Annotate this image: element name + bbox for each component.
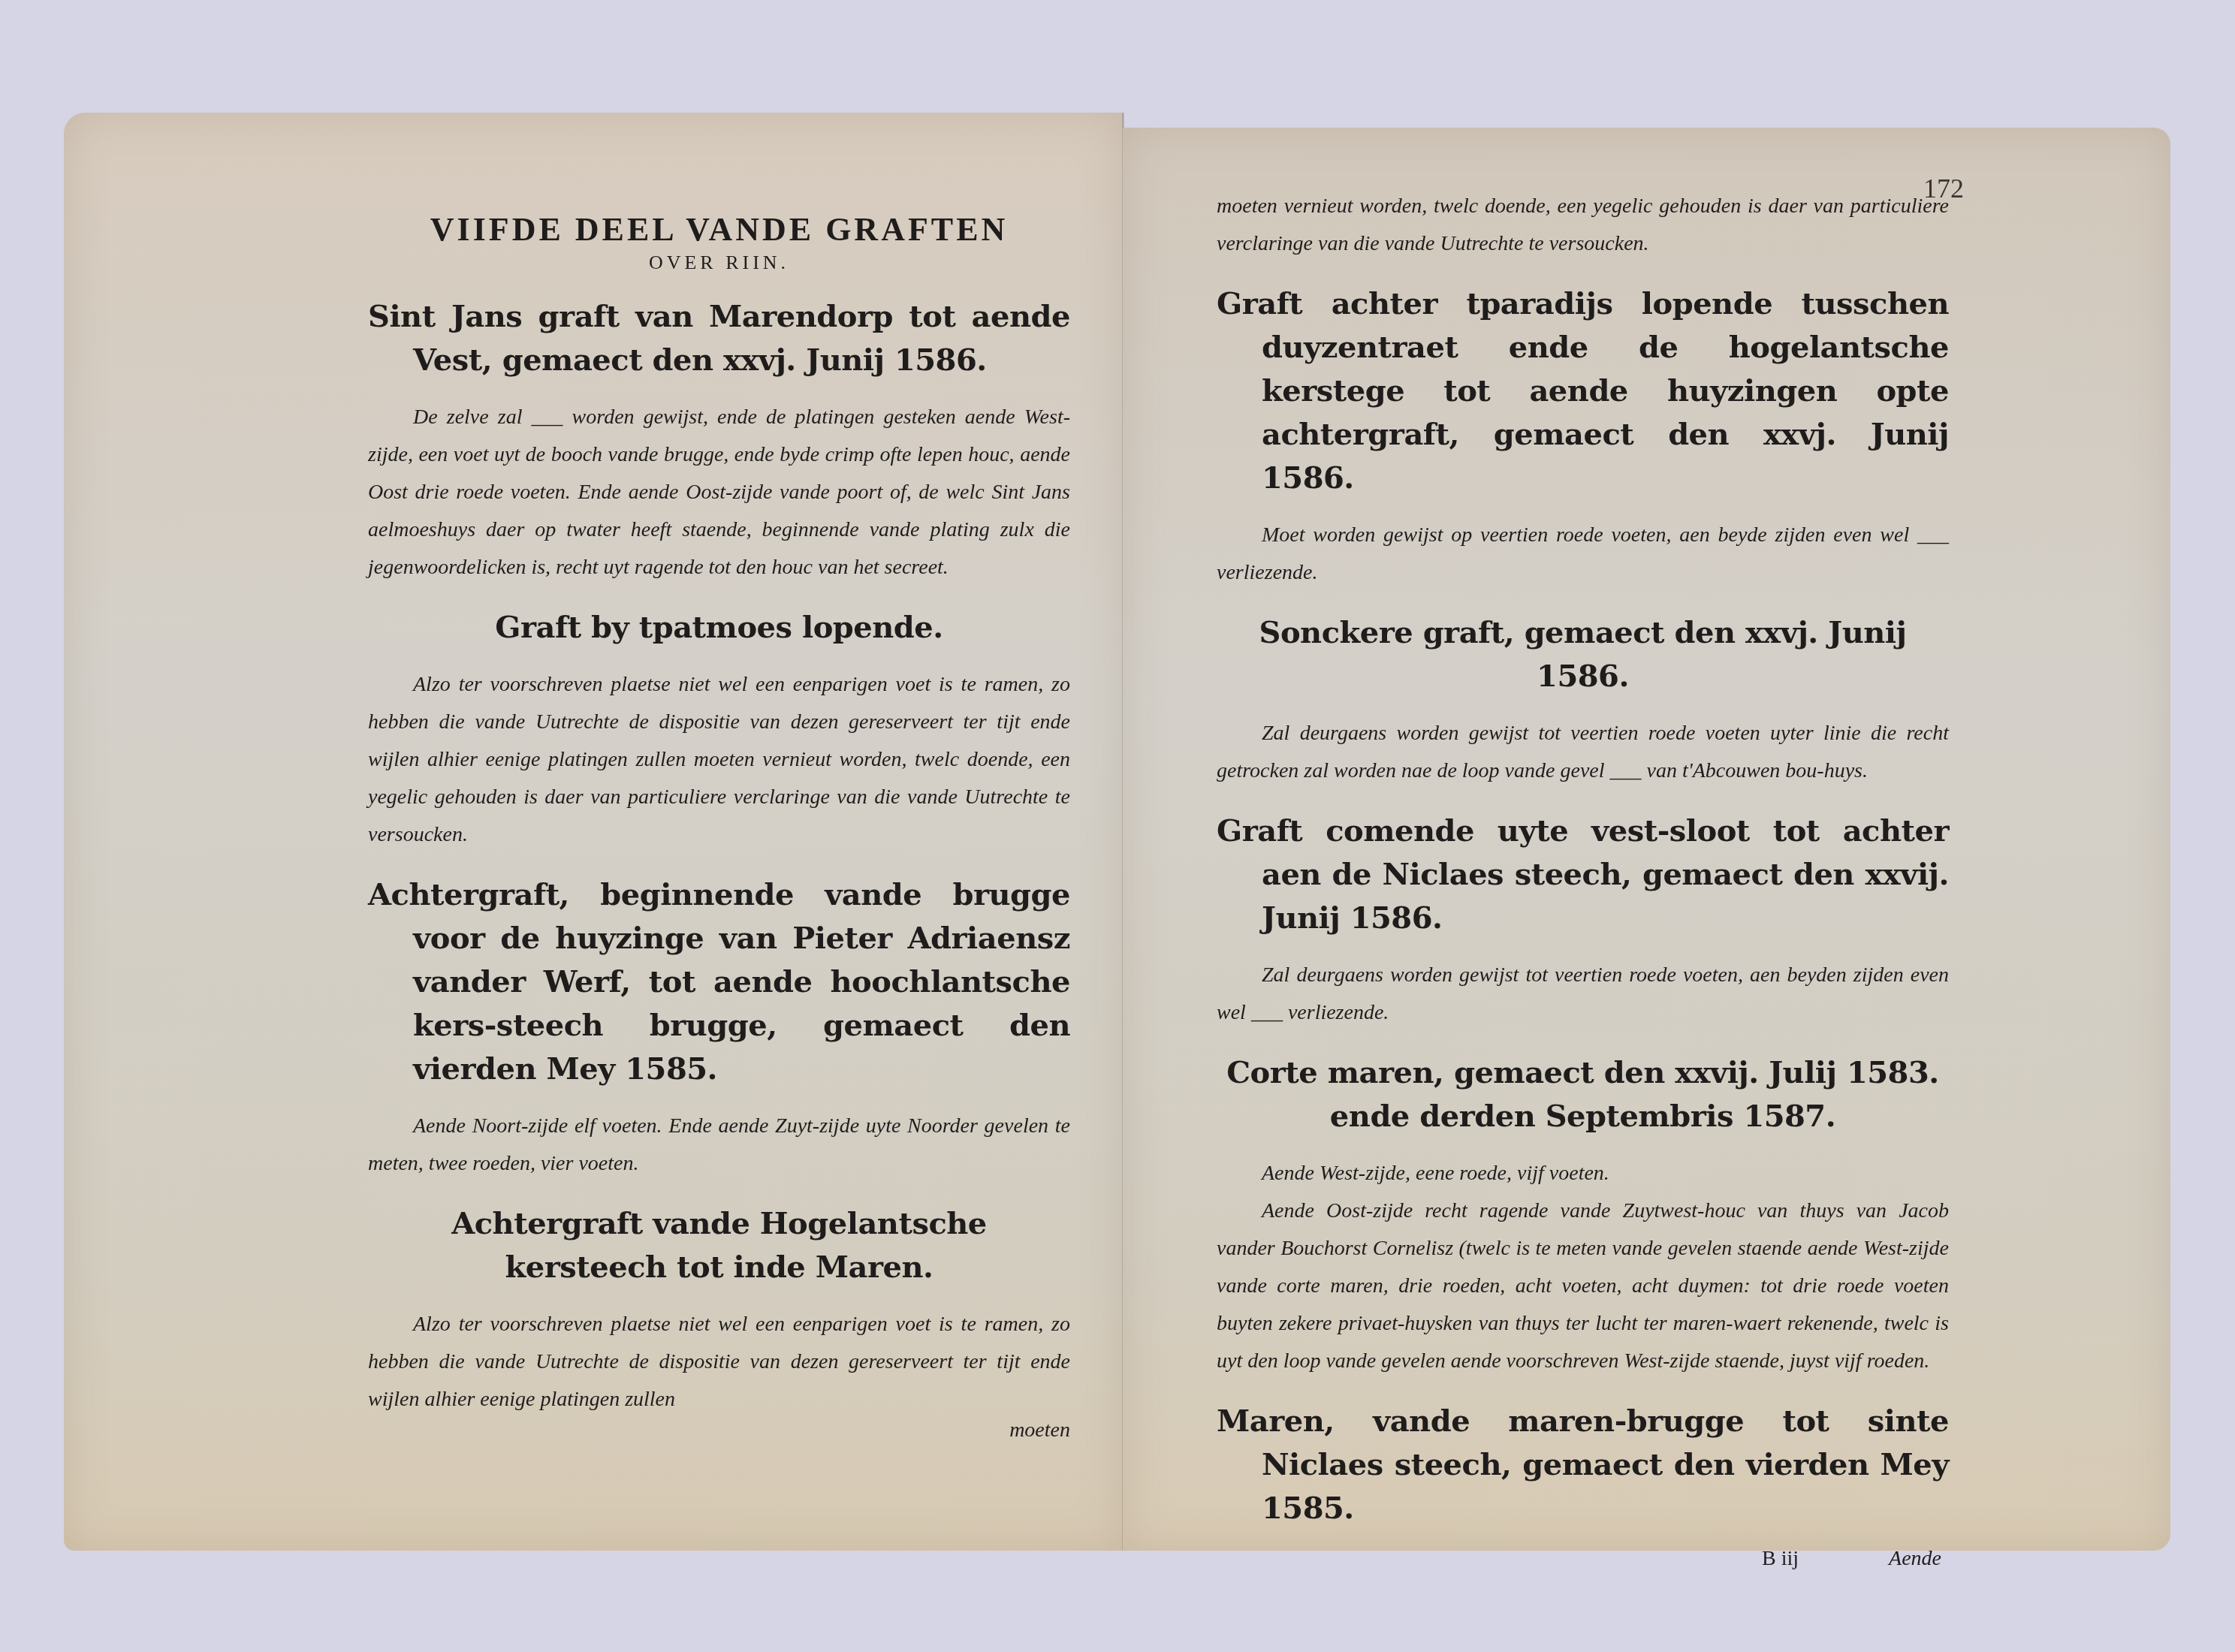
running-subhead: OVER RIIN. <box>368 252 1070 274</box>
catchword: Aende <box>1889 1547 1941 1571</box>
section-heading: Sonckere graft, gemaect den xxvj. Junij … <box>1217 611 1949 698</box>
book-spread: VIIFDE DEEL VANDE GRAFTEN OVER RIIN. Sin… <box>64 113 2170 1551</box>
folio-number: 172 <box>1923 173 1964 204</box>
section-body: Aende Noort-zijde elf voeten. Ende aende… <box>368 1108 1070 1183</box>
signature-mark: B iij <box>1762 1547 1799 1571</box>
catchword-text: moeten <box>1009 1418 1070 1442</box>
section-body: Zal deurgaens worden gewijst tot veertie… <box>1217 715 1949 790</box>
section-body-line: Aende West-zijde, eene roede, vijf voete… <box>1217 1155 1949 1192</box>
section-heading: Graft achter tparadijs lopende tusschen … <box>1217 282 1949 500</box>
right-text-column: 172 moeten vernieut worden, twelc doende… <box>1217 188 1949 1571</box>
catchword: moeten <box>368 1418 1070 1442</box>
section-body-line: Aende Oost-zijde recht ragende vande Zuy… <box>1217 1192 1949 1380</box>
section-heading: Maren, vande maren-brugge tot sinte Nicl… <box>1217 1400 1949 1530</box>
section-body: Alzo ter voorschreven plaetse niet wel e… <box>368 1306 1070 1418</box>
page-footer: B iij Aende <box>1217 1547 1949 1571</box>
section-heading: Corte maren, gemaect den xxvij. Julij 15… <box>1217 1051 1949 1138</box>
section-body: Moet worden gewijst op veertien roede vo… <box>1217 517 1949 592</box>
section-body: De zelve zal ___ worden gewijst, ende de… <box>368 399 1070 586</box>
section-body: Alzo ter voorschreven plaetse niet wel e… <box>368 666 1070 854</box>
right-page: 172 moeten vernieut worden, twelc doende… <box>1123 128 2170 1551</box>
section-body: Zal deurgaens worden gewijst tot veertie… <box>1217 957 1949 1032</box>
running-head: VIIFDE DEEL VANDE GRAFTEN <box>368 210 1070 249</box>
section-heading: Achtergraft, beginnende vande brugge voo… <box>368 873 1070 1091</box>
section-heading: Achtergraft vande Hogelantsche kersteech… <box>368 1202 1070 1289</box>
section-heading: Sint Jans graft van Marendorp tot aende … <box>368 295 1070 382</box>
section-heading: Graft comende uyte vest-sloot tot achter… <box>1217 809 1949 940</box>
section-heading: Graft by tpatmoes lopende. <box>368 606 1070 650</box>
left-text-column: VIIFDE DEEL VANDE GRAFTEN OVER RIIN. Sin… <box>368 210 1070 1442</box>
left-page: VIIFDE DEEL VANDE GRAFTEN OVER RIIN. Sin… <box>64 113 1123 1551</box>
continuation-text: moeten vernieut worden, twelc doende, ee… <box>1217 188 1949 263</box>
